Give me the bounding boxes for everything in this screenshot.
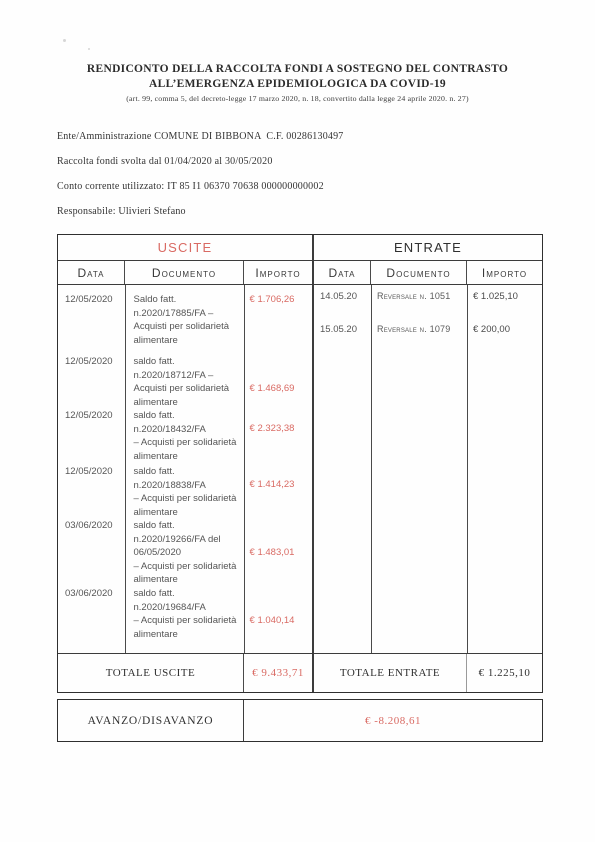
uscite-importo: € 1.414,23 — [243, 479, 312, 519]
entrate-col-documento: Documento — [371, 261, 467, 284]
scan-speck — [88, 48, 90, 50]
document-title-line1: RENDICONTO DELLA RACCOLTA FONDI A SOSTEG… — [0, 62, 595, 77]
fund-table: USCITE ENTRATE Data Documento Importo Da… — [57, 234, 543, 693]
info-conto-corrente: Conto corrente utilizzato: IT 85 I1 0637… — [57, 181, 595, 193]
uscite-data: 03/06/2020 — [58, 587, 124, 657]
entrate-col-importo: Importo — [467, 261, 542, 284]
info-raccolta: Raccolta fondi svolta dal 01/04/2020 al … — [57, 156, 595, 168]
uscite-col-importo: Importo — [244, 261, 314, 284]
uscite-documento: saldo fatt. n.2020/18432/FA – Acquisti p… — [124, 409, 242, 465]
table-row: 03/06/2020 saldo fatt. n.2020/19684/FA –… — [58, 587, 312, 657]
entrate-data: 14.05.20 — [314, 290, 371, 323]
document-title-line2: ALL’EMERGENZA EPIDEMIOLOGICA DA COVID-19 — [0, 77, 595, 92]
document-header: RENDICONTO DELLA RACCOLTA FONDI A SOSTEG… — [0, 0, 595, 103]
uscite-col-data: Data — [58, 261, 125, 284]
totals-row: TOTALE USCITE € 9.433,71 TOTALE ENTRATE … — [58, 653, 542, 692]
uscite-importo: € 1.706,26 — [243, 294, 312, 355]
uscite-documento: saldo fatt. n.2020/19684/FA – Acquisti p… — [124, 587, 242, 657]
uscite-data: 03/06/2020 — [58, 519, 124, 587]
uscite-importo: € 1.040,14 — [243, 615, 312, 657]
uscite-documento: saldo fatt. n.2020/19266/FA del 06/05/20… — [124, 519, 242, 587]
uscite-col-documento: Documento — [125, 261, 244, 284]
uscite-body: 12/05/2020 Saldo fatt. n.2020/17885/FA –… — [58, 285, 314, 653]
scanned-document-page: RENDICONTO DELLA RACCOLTA FONDI A SOSTEG… — [0, 0, 595, 842]
column-divider — [125, 285, 126, 653]
entrate-documento: Reversale n. 1079 — [371, 323, 467, 335]
uscite-data: 12/05/2020 — [58, 465, 124, 519]
column-divider — [371, 285, 372, 653]
uscite-importo: € 2.323,38 — [243, 423, 312, 465]
entrate-documento: Reversale n. 1051 — [371, 290, 467, 323]
table-row: 12/05/2020 saldo fatt. n.2020/18838/FA –… — [58, 465, 312, 519]
avanzo-disavanzo-box: AVANZO/DISAVANZO € -8.208,61 — [57, 699, 543, 742]
table-column-headers: Data Documento Importo Data Documento Im… — [58, 261, 542, 285]
entrate-col-data: Data — [314, 261, 371, 284]
avanzo-value: € -8.208,61 — [244, 700, 542, 741]
table-row: 14.05.20 Reversale n. 1051 € 1.025,10 — [314, 290, 542, 323]
totale-uscite-label: TOTALE USCITE — [58, 654, 244, 692]
scan-speck — [63, 39, 66, 42]
totale-entrate-value: € 1.225,10 — [467, 654, 542, 692]
uscite-documento: saldo fatt. n.2020/18712/FA – Acquisti p… — [124, 355, 242, 409]
document-subtitle: (art. 99, comma 5, del decreto-legge 17 … — [0, 94, 595, 103]
table-group-header: USCITE ENTRATE — [58, 235, 542, 261]
uscite-documento: Saldo fatt. n.2020/17885/FA – Acquisti p… — [124, 293, 242, 355]
table-body: 12/05/2020 Saldo fatt. n.2020/17885/FA –… — [58, 285, 542, 653]
uscite-data: 12/05/2020 — [58, 409, 124, 465]
column-divider — [467, 285, 468, 653]
uscite-documento: saldo fatt. n.2020/18838/FA – Acquisti p… — [124, 465, 242, 519]
entrate-body: 14.05.20 Reversale n. 1051 € 1.025,10 15… — [314, 285, 542, 653]
table-row: 12/05/2020 saldo fatt. n.2020/18432/FA –… — [58, 409, 312, 465]
totale-entrate-label: TOTALE ENTRATE — [314, 654, 467, 692]
entrate-data: 15.05.20 — [314, 323, 371, 335]
table-row: 12/05/2020 saldo fatt. n.2020/18712/FA –… — [58, 355, 312, 409]
uscite-header: USCITE — [58, 235, 314, 260]
table-row: 03/06/2020 saldo fatt. n.2020/19266/FA d… — [58, 519, 312, 587]
entrate-header: ENTRATE — [314, 235, 542, 260]
uscite-data: 12/05/2020 — [58, 293, 124, 355]
info-block: Ente/Amministrazione COMUNE DI BIBBONA C… — [57, 131, 595, 218]
table-row: 12/05/2020 Saldo fatt. n.2020/17885/FA –… — [58, 293, 312, 355]
info-responsabile: Responsabile: Ulivieri Stefano — [57, 206, 595, 218]
totale-uscite-value: € 9.433,71 — [244, 654, 314, 692]
uscite-data: 12/05/2020 — [58, 355, 124, 409]
entrate-importo: € 1.025,10 — [467, 290, 542, 323]
uscite-importo: € 1.483,01 — [243, 547, 312, 587]
table-row: 15.05.20 Reversale n. 1079 € 200,00 — [314, 323, 542, 335]
entrate-importo: € 200,00 — [467, 323, 542, 335]
column-divider — [244, 285, 245, 653]
avanzo-label: AVANZO/DISAVANZO — [58, 700, 244, 741]
info-ente: Ente/Amministrazione COMUNE DI BIBBONA C… — [57, 131, 595, 143]
uscite-importo: € 1.468,69 — [243, 383, 312, 409]
